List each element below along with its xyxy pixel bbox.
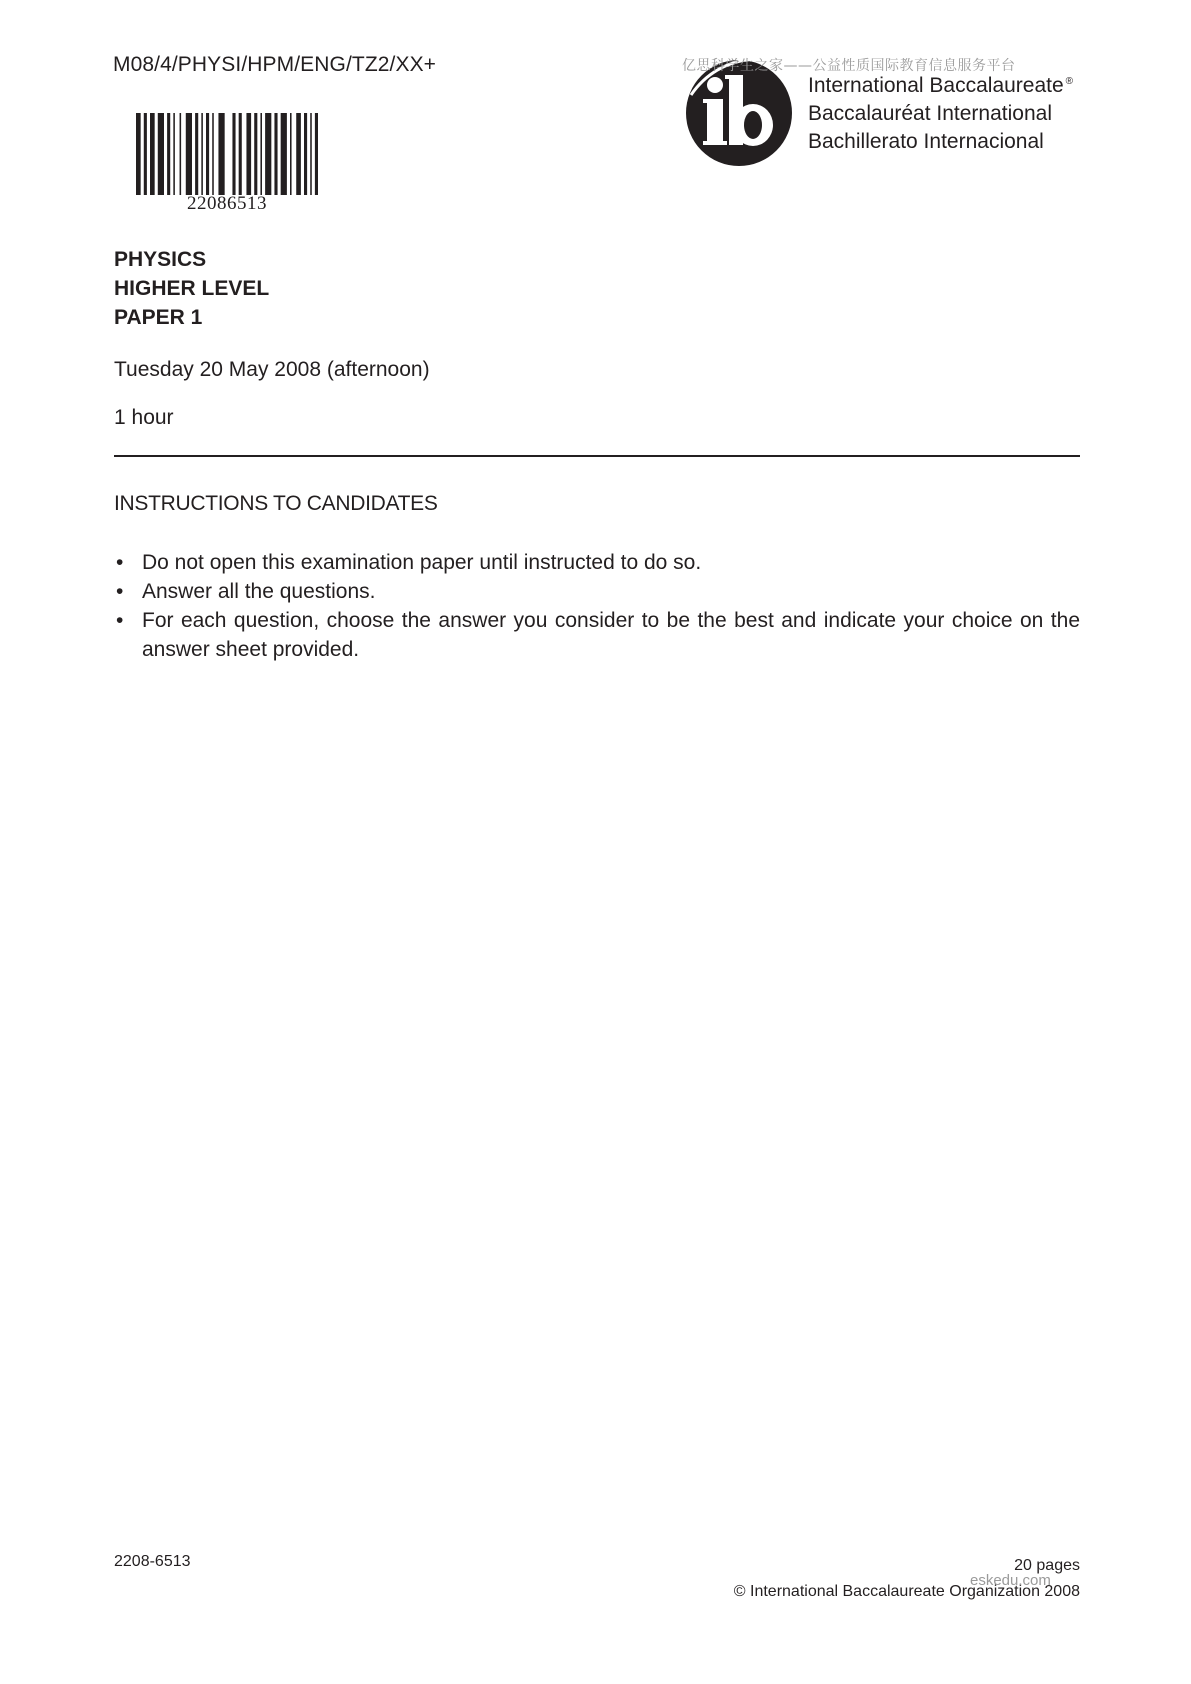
instruction-item: •Answer all the questions. <box>114 577 1080 606</box>
watermark-bottom: eskedu.com <box>970 1572 1051 1589</box>
registered-mark: ® <box>1066 76 1073 87</box>
instruction-item: •For each question, choose the answer yo… <box>114 606 1080 664</box>
exam-date: Tuesday 20 May 2008 (afternoon) <box>114 358 430 382</box>
paper-title: PAPER 1 <box>114 303 269 332</box>
footer-code: 2208-6513 <box>114 1553 191 1571</box>
level-title: HIGHER LEVEL <box>114 274 269 303</box>
instruction-item: •Do not open this examination paper unti… <box>114 548 1080 577</box>
instructions-heading: INSTRUCTIONS TO CANDIDATES <box>114 492 438 516</box>
instructions-list: •Do not open this examination paper unti… <box>114 548 1080 664</box>
exam-title: PHYSICS HIGHER LEVEL PAPER 1 <box>114 245 269 332</box>
bullet-icon: • <box>116 606 123 635</box>
divider <box>114 455 1080 457</box>
organization-names: International Baccalaureate® Baccalauréa… <box>808 68 1073 156</box>
paper-code: M08/4/PHYSI/HPM/ENG/TZ2/XX+ <box>113 53 436 77</box>
org-name-english: International Baccalaureate® <box>808 68 1073 100</box>
org-name-spanish: Bachillerato Internacional <box>808 128 1073 156</box>
barcode-icon <box>136 113 318 195</box>
barcode-number: 22086513 <box>136 193 318 215</box>
exam-duration: 1 hour <box>114 406 174 430</box>
bullet-icon: • <box>116 548 123 577</box>
org-name-french: Baccalauréat International <box>808 100 1073 128</box>
bullet-icon: • <box>116 577 123 606</box>
subject-title: PHYSICS <box>114 245 269 274</box>
